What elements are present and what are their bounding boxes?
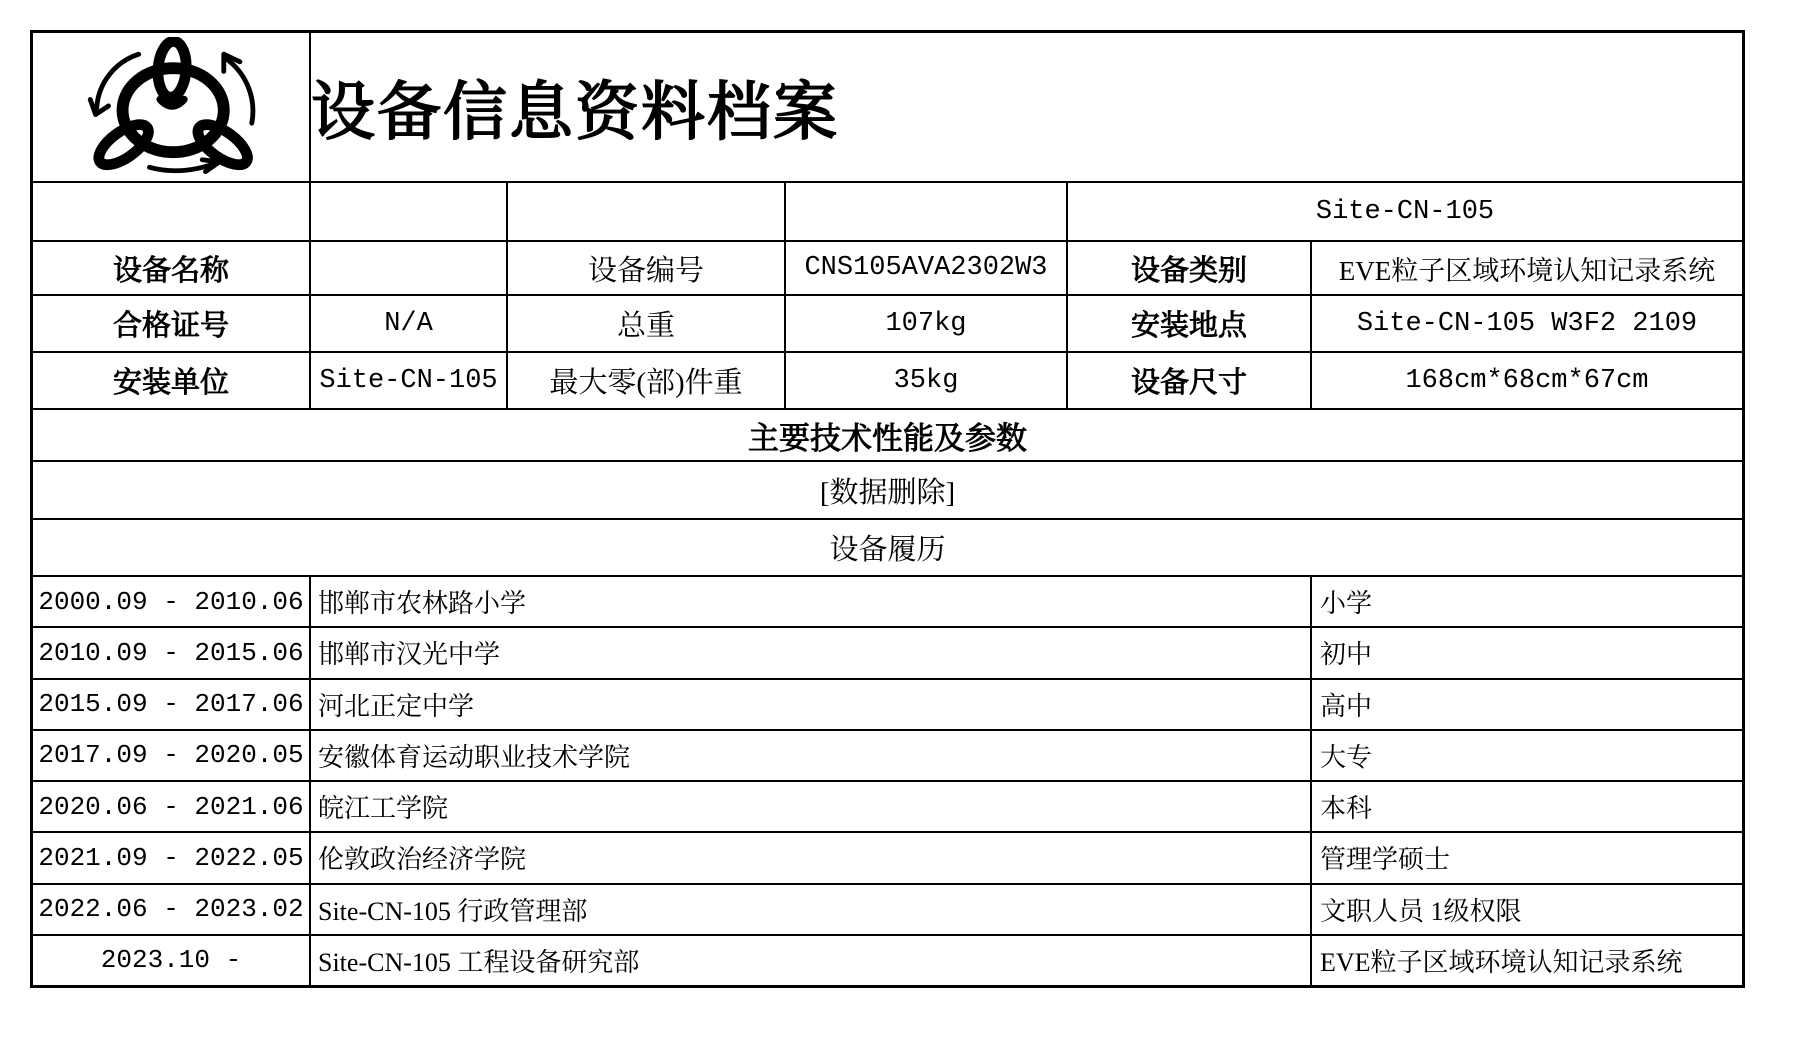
device-size-label: 设备尺寸: [1068, 353, 1312, 408]
device-name-label: 设备名称: [33, 242, 311, 294]
history-period: 2022.06 - 2023.02: [33, 885, 311, 934]
history-row: 2015.09 - 2017.06 河北正定中学 高中: [33, 680, 1742, 731]
max-part-weight-value: 35kg: [786, 353, 1068, 408]
history-level: 初中: [1312, 628, 1742, 677]
history-period: 2021.09 - 2022.05: [33, 833, 311, 882]
equipment-record-document: 设备信息资料档案 Site-CN-105 设备名称 设备编号 CNS105AVA…: [0, 0, 1794, 1046]
device-category-label: 设备类别: [1068, 242, 1312, 294]
info-row-name: 设备名称 设备编号 CNS105AVA2302W3 设备类别 EVE粒子区域环境…: [33, 242, 1742, 296]
device-name-value: [311, 242, 508, 294]
info-row-certificate: 合格证号 N/A 总重 107kg 安装地点 Site-CN-105 W3F2 …: [33, 296, 1742, 353]
history-row: 2022.06 - 2023.02 Site-CN-105 行政管理部 文职人员…: [33, 885, 1742, 936]
tech-params-value-row: [数据删除]: [33, 462, 1742, 520]
history-row: 2017.09 - 2020.05 安徽体育运动职业技术学院 大专: [33, 731, 1742, 782]
history-level: 高中: [1312, 680, 1742, 729]
device-size-value: 168cm*68cm*67cm: [1312, 353, 1742, 408]
history-row: 2010.09 - 2015.06 邯郸市汉光中学 初中: [33, 628, 1742, 679]
total-weight-label: 总重: [508, 296, 786, 351]
install-unit-value: Site-CN-105: [311, 353, 508, 408]
site-code-row: Site-CN-105: [33, 183, 1742, 242]
history-row: 2020.06 - 2021.06 皖江工学院 本科: [33, 782, 1742, 833]
history-row: 2021.09 - 2022.05 伦敦政治经济学院 管理学硕士: [33, 833, 1742, 884]
logo-cell: [33, 33, 311, 181]
empty-cell: [508, 183, 786, 240]
title-row: 设备信息资料档案: [33, 33, 1742, 183]
history-header: 设备履历: [33, 520, 1742, 575]
history-period: 2010.09 - 2015.06: [33, 628, 311, 677]
install-location-label: 安装地点: [1068, 296, 1312, 351]
total-weight-value: 107kg: [786, 296, 1068, 351]
history-organization: 皖江工学院: [311, 782, 1312, 831]
certificate-value: N/A: [311, 296, 508, 351]
equipment-info-table: 设备信息资料档案 Site-CN-105 设备名称 设备编号 CNS105AVA…: [30, 30, 1745, 988]
history-organization: 伦敦政治经济学院: [311, 833, 1312, 882]
history-period: 2015.09 - 2017.06: [33, 680, 311, 729]
install-location-value: Site-CN-105 W3F2 2109: [1312, 296, 1742, 351]
history-level: 本科: [1312, 782, 1742, 831]
site-code: Site-CN-105: [1068, 183, 1742, 240]
max-part-weight-label: 最大零(部)件重: [508, 353, 786, 408]
device-number-label: 设备编号: [508, 242, 786, 294]
history-organization: 安徽体育运动职业技术学院: [311, 731, 1312, 780]
history-level: 管理学硕士: [1312, 833, 1742, 882]
history-row: 2000.09 - 2010.06 邯郸市农林路小学 小学: [33, 577, 1742, 628]
history-period: 2000.09 - 2010.06: [33, 577, 311, 626]
device-number-value: CNS105AVA2302W3: [786, 242, 1068, 294]
tech-params-header-row: 主要技术性能及参数: [33, 410, 1742, 462]
history-period: 2023.10 -: [33, 936, 311, 985]
history-level: 小学: [1312, 577, 1742, 626]
certificate-label: 合格证号: [33, 296, 311, 351]
empty-cell: [311, 183, 508, 240]
history-organization: 河北正定中学: [311, 680, 1312, 729]
history-level: 大专: [1312, 731, 1742, 780]
history-organization: 邯郸市汉光中学: [311, 628, 1312, 677]
document-title: 设备信息资料档案: [311, 33, 1089, 181]
history-period: 2017.09 - 2020.05: [33, 731, 311, 780]
tech-params-header: 主要技术性能及参数: [33, 410, 1742, 460]
empty-cell: [786, 183, 1068, 240]
info-row-installer: 安装单位 Site-CN-105 最大零(部)件重 35kg 设备尺寸 168c…: [33, 353, 1742, 410]
empty-cell: [33, 183, 311, 240]
install-unit-label: 安装单位: [33, 353, 311, 408]
history-organization: 邯郸市农林路小学: [311, 577, 1312, 626]
rotating-trefoil-icon: [73, 37, 269, 177]
history-organization: Site-CN-105 工程设备研究部: [311, 936, 1312, 985]
history-row: 2023.10 - Site-CN-105 工程设备研究部 EVE粒子区域环境认…: [33, 936, 1742, 985]
redacted-data-text: [数据删除]: [33, 462, 1742, 518]
device-category-value: EVE粒子区域环境认知记录系统: [1312, 242, 1742, 294]
history-level: EVE粒子区域环境认知记录系统: [1312, 936, 1742, 985]
history-level: 文职人员 1级权限: [1312, 885, 1742, 934]
history-period: 2020.06 - 2021.06: [33, 782, 311, 831]
history-organization: Site-CN-105 行政管理部: [311, 885, 1312, 934]
history-header-row: 设备履历: [33, 520, 1742, 577]
